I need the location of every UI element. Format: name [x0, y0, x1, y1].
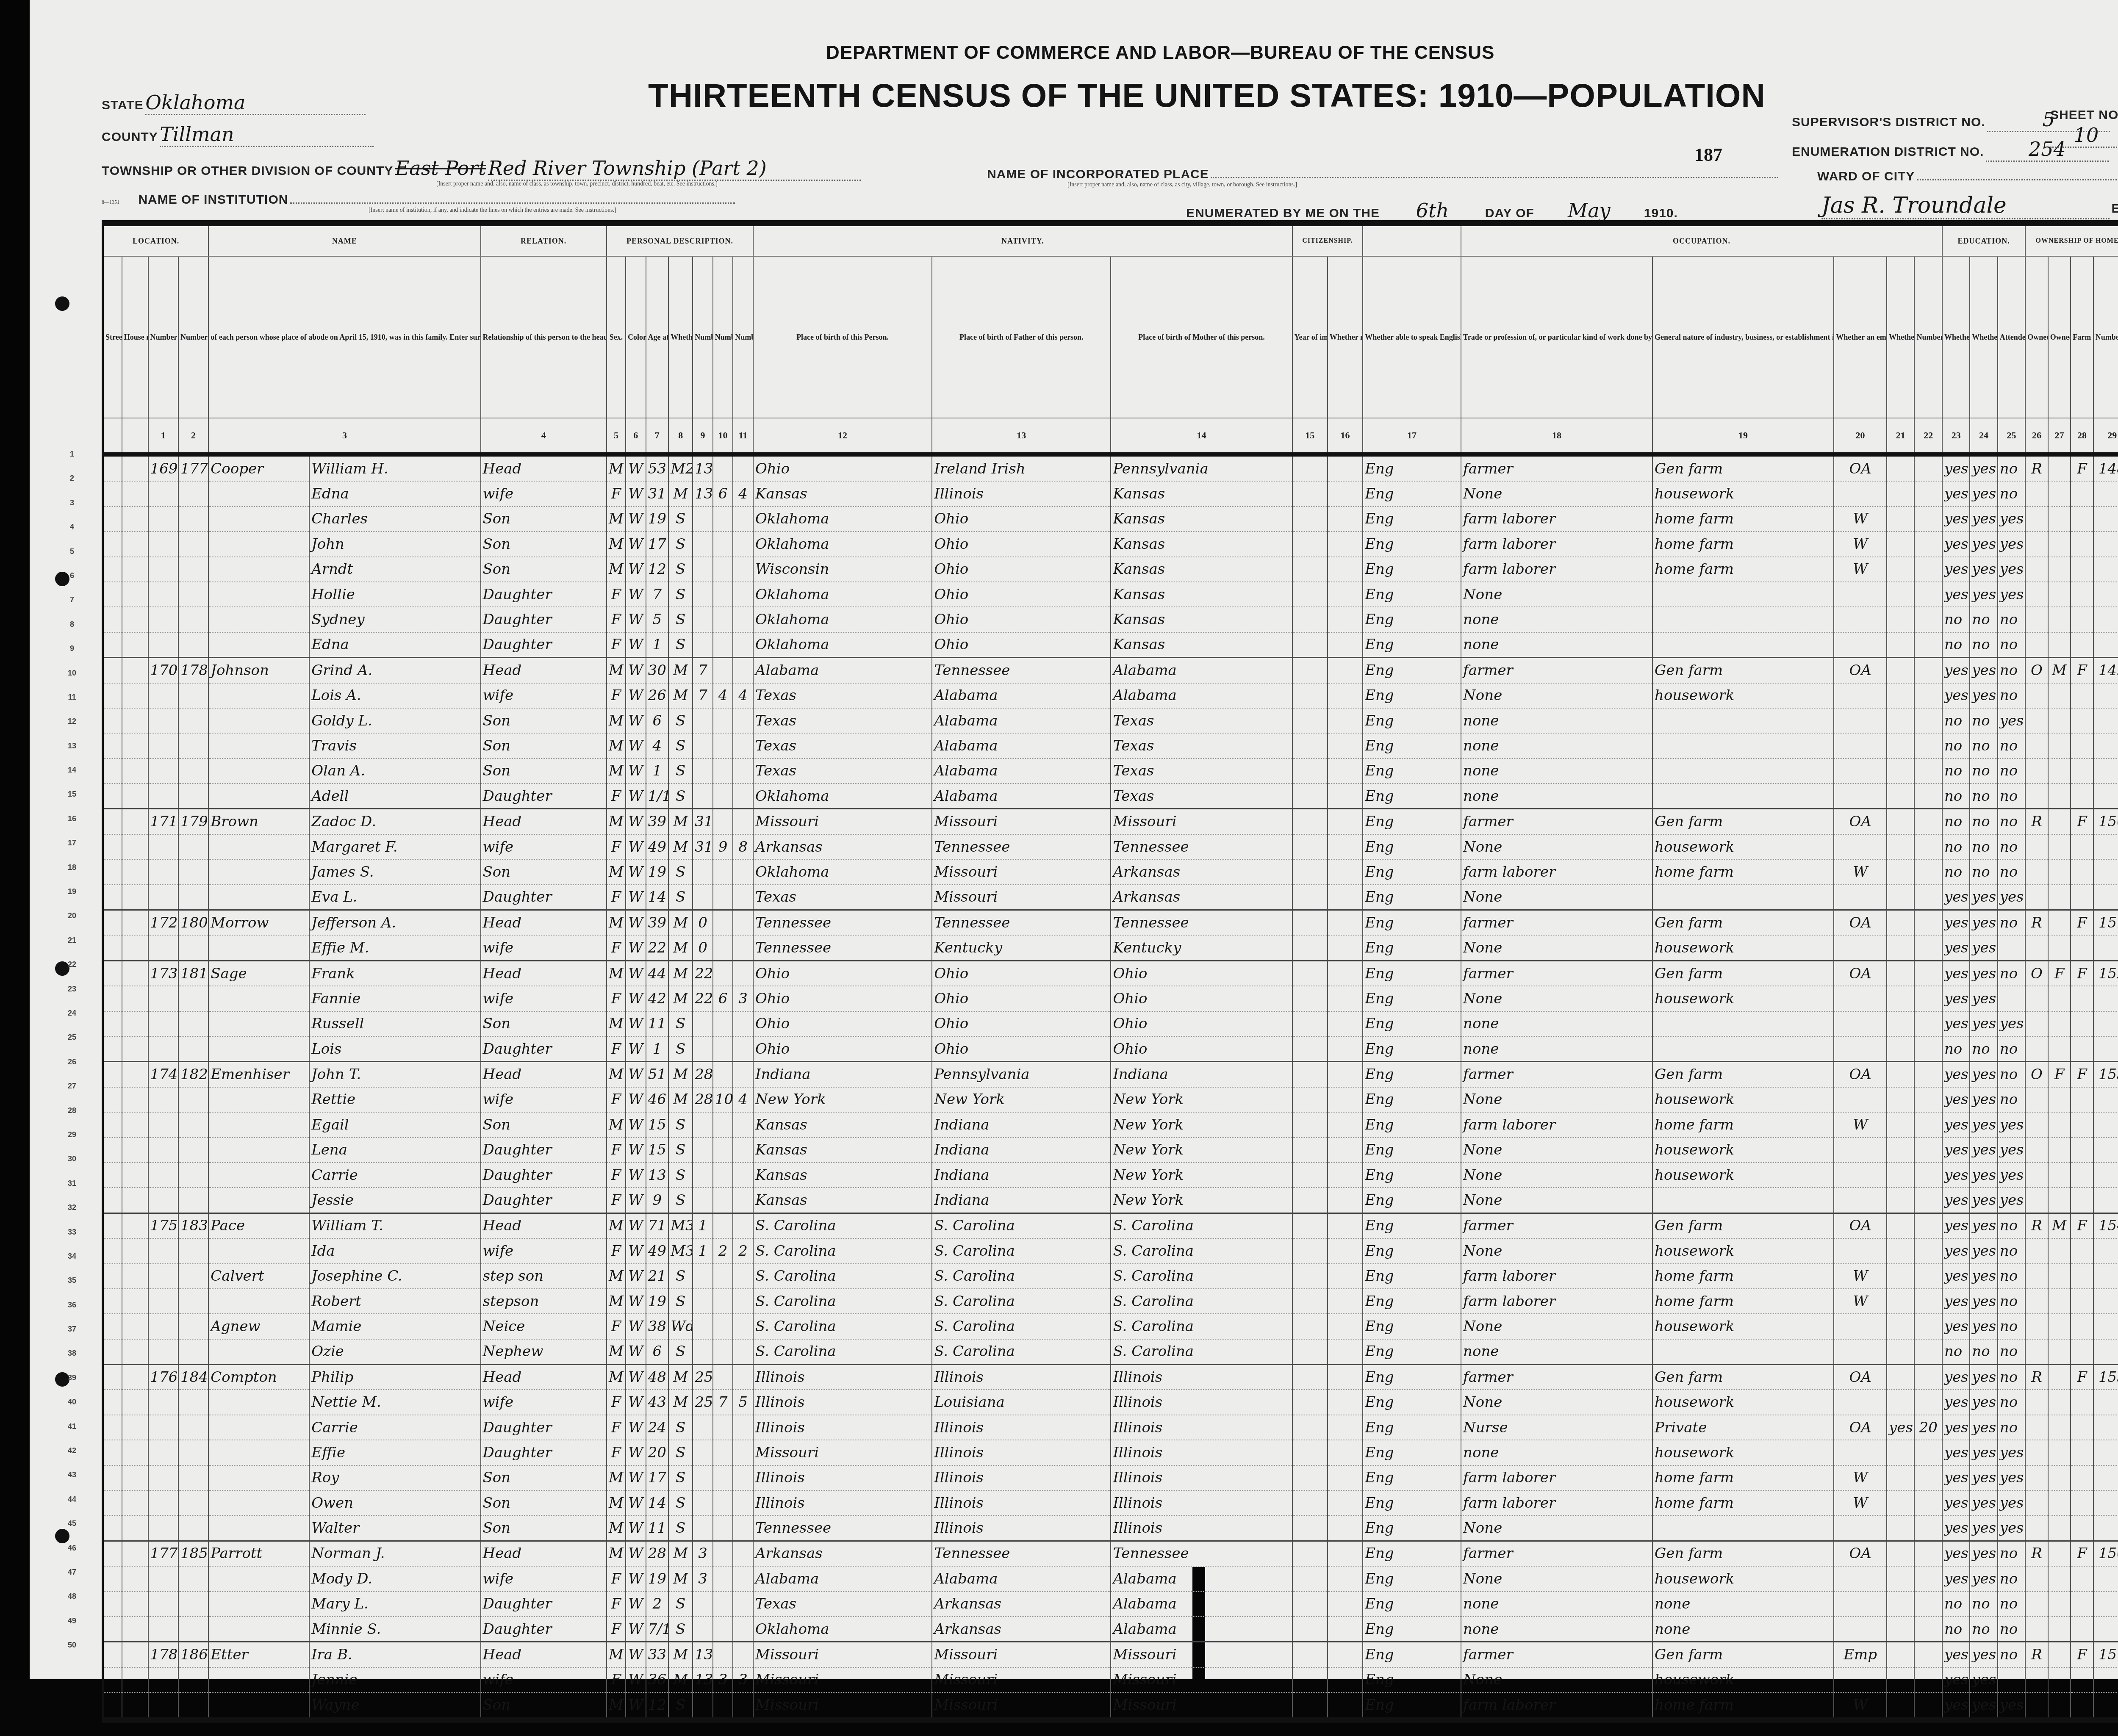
naturalization — [1328, 784, 1363, 809]
line-number: 36 — [64, 1301, 80, 1325]
family-number: 179 — [178, 809, 208, 834]
immigration-year — [1292, 733, 1328, 758]
relation: Son — [481, 759, 607, 784]
birthplace-mother: Illinois — [1111, 1515, 1292, 1541]
surname — [208, 507, 309, 532]
farm-schedule — [2093, 632, 2118, 658]
birthplace-mother: Kansas — [1111, 582, 1292, 607]
given-name: Charles — [309, 507, 480, 532]
state-label: STATE — [102, 98, 144, 112]
naturalization — [1328, 733, 1363, 758]
dwelling-number — [148, 1390, 178, 1415]
sex: M — [607, 1264, 626, 1289]
street-cell — [103, 454, 122, 481]
age: 4 — [646, 733, 669, 758]
attended-school: yes — [1998, 708, 2025, 733]
weeks-out — [1914, 1465, 1942, 1490]
owned-rented: R — [2025, 1541, 2048, 1566]
immigration-year — [1292, 1566, 1328, 1591]
surname — [208, 1490, 309, 1515]
birthplace-mother: S. Carolina — [1111, 1339, 1292, 1365]
attended-school: no — [1998, 1289, 2025, 1314]
surname — [208, 1566, 309, 1591]
sex: F — [607, 632, 626, 658]
birthplace-mother: S. Carolina — [1111, 1314, 1292, 1339]
line-number: 1 — [64, 450, 80, 474]
col-trade: Trade or profession of, or particular ki… — [1461, 256, 1652, 418]
dwelling-number — [148, 1415, 178, 1440]
line-number: 45 — [64, 1519, 80, 1543]
attended-school: no — [1998, 784, 2025, 809]
farm-schedule — [2093, 1566, 2118, 1591]
out-of-work — [1887, 1188, 1914, 1213]
language: Eng — [1363, 1314, 1461, 1339]
owned-rented — [2025, 1390, 2048, 1415]
owned-free — [2048, 1011, 2071, 1036]
naturalization — [1328, 1289, 1363, 1314]
table-row: WayneSonMW12SMissouriMissouriMissouriEng… — [103, 1692, 2118, 1720]
age: 14 — [646, 885, 669, 910]
age: 2 — [646, 1592, 669, 1617]
industry: housework — [1652, 986, 1834, 1011]
farm-house: F — [2071, 1365, 2093, 1390]
children-born: 2 — [713, 1238, 733, 1263]
out-of-work — [1887, 582, 1914, 607]
language: Eng — [1363, 759, 1461, 784]
sex: M — [607, 1339, 626, 1365]
sex: M — [607, 1642, 626, 1667]
children-born — [713, 1440, 733, 1465]
immigration-year — [1292, 1289, 1328, 1314]
years-married — [693, 632, 713, 658]
owned-rented — [2025, 1692, 2048, 1720]
enumerated-month: May — [1536, 199, 1642, 223]
immigration-year — [1292, 582, 1328, 607]
ward-label: WARD OF CITY — [1817, 169, 1915, 183]
out-of-work — [1887, 809, 1914, 834]
line-number: 11 — [64, 693, 80, 717]
age: 42 — [646, 986, 669, 1011]
sex: M — [607, 910, 626, 936]
children-born — [713, 1188, 733, 1213]
line-number: 2 — [64, 474, 80, 498]
surname: Sage — [208, 961, 309, 986]
children-living — [733, 1566, 753, 1591]
birthplace-mother: S. Carolina — [1111, 1289, 1292, 1314]
farm-schedule: 154 — [2093, 1213, 2118, 1238]
surname — [208, 986, 309, 1011]
immigration-year — [1292, 1465, 1328, 1490]
birthplace-person: Ohio — [753, 986, 932, 1011]
given-name: John — [309, 532, 480, 557]
birthplace-person: Texas — [753, 1592, 932, 1617]
family-number — [178, 1692, 208, 1720]
color-race: W — [626, 961, 646, 986]
trade: farmer — [1461, 1062, 1652, 1087]
table-row: Mody D.wifeFW19M3AlabamaAlabamaAlabamaEn… — [103, 1566, 2118, 1591]
relation: Son — [481, 1011, 607, 1036]
sex: M — [607, 532, 626, 557]
family-number — [178, 986, 208, 1011]
farm-house — [2071, 1390, 2093, 1415]
sex: M — [607, 1062, 626, 1087]
line-number: 7 — [64, 595, 80, 620]
surname — [208, 733, 309, 758]
children-born — [713, 1592, 733, 1617]
relation: wife — [481, 481, 607, 506]
industry: home farm — [1652, 1112, 1834, 1137]
age: 1 — [646, 632, 669, 658]
col-children-born: Number born. — [713, 256, 733, 418]
employer-status — [1834, 935, 1887, 961]
house-number-cell — [122, 885, 148, 910]
owned-free — [2048, 834, 2071, 859]
owned-rented — [2025, 557, 2048, 582]
given-name: Olan A. — [309, 759, 480, 784]
age: 71 — [646, 1213, 669, 1238]
birthplace-person: Kansas — [753, 481, 932, 506]
owned-rented: R — [2025, 1642, 2048, 1667]
surname: Pace — [208, 1213, 309, 1238]
attended-school: no — [1998, 632, 2025, 658]
sex: M — [607, 1490, 626, 1515]
sex: M — [607, 1515, 626, 1541]
immigration-year — [1292, 885, 1328, 910]
group-citizenship: CITIZENSHIP. — [1292, 223, 1363, 256]
farm-schedule — [2093, 1339, 2118, 1365]
can-write: no — [1970, 1036, 1997, 1062]
state-field: STATE Oklahoma — [102, 91, 366, 115]
form-title: THIRTEENTH CENSUS OF THE UNITED STATES: … — [648, 76, 1766, 115]
table-row: CharlesSonMW19SOklahomaOhioKansasEngfarm… — [103, 507, 2118, 532]
sex: F — [607, 1617, 626, 1642]
years-married: 28 — [693, 1062, 713, 1087]
sex: F — [607, 834, 626, 859]
can-write: yes — [1970, 1112, 1997, 1137]
farm-house — [2071, 1339, 2093, 1365]
farm-house — [2071, 507, 2093, 532]
street-cell — [103, 1465, 122, 1490]
language: Eng — [1363, 1490, 1461, 1515]
marital-status: S — [668, 607, 693, 632]
birthplace-person: Oklahoma — [753, 784, 932, 809]
employer-status: Emp — [1834, 1642, 1887, 1667]
attended-school: no — [1998, 1087, 2025, 1112]
language: Eng — [1363, 1238, 1461, 1263]
can-read: yes — [1942, 1087, 1970, 1112]
dwelling-number — [148, 1238, 178, 1263]
weeks-out — [1914, 1592, 1942, 1617]
can-read: yes — [1942, 1163, 1970, 1188]
family-number: 184 — [178, 1365, 208, 1390]
color-race: W — [626, 935, 646, 961]
can-write: yes — [1970, 1011, 1997, 1036]
weeks-out — [1914, 1667, 1942, 1692]
attended-school: no — [1998, 1036, 2025, 1062]
children-born — [713, 708, 733, 733]
given-name: Arndt — [309, 557, 480, 582]
immigration-year — [1292, 784, 1328, 809]
years-married — [693, 1440, 713, 1465]
col-years-married: Number of years of present marriage. — [695, 333, 713, 341]
weeks-out — [1914, 1440, 1942, 1465]
surname — [208, 1238, 309, 1263]
children-living: 3 — [733, 1667, 753, 1692]
trade: farmer — [1461, 454, 1652, 481]
table-row: Margaret F.wifeFW49M3198ArkansasTennesse… — [103, 834, 2118, 859]
attended-school: yes — [1998, 1465, 2025, 1490]
house-number-cell — [122, 1415, 148, 1440]
color-race: W — [626, 1011, 646, 1036]
street-cell — [103, 784, 122, 809]
weeks-out — [1914, 809, 1942, 834]
farm-schedule: 157 — [2093, 1642, 2118, 1667]
surname — [208, 1415, 309, 1440]
weeks-out — [1914, 1692, 1942, 1720]
years-married: 3 — [693, 1541, 713, 1566]
industry: Gen farm — [1652, 961, 1834, 986]
immigration-year — [1292, 1213, 1328, 1238]
farm-house — [2071, 1011, 2093, 1036]
attended-school: yes — [1998, 1490, 2025, 1515]
farm-schedule — [2093, 1592, 2118, 1617]
children-living — [733, 1163, 753, 1188]
color-race: W — [626, 1667, 646, 1692]
birthplace-mother: Tennessee — [1111, 1541, 1292, 1566]
marital-status: S — [668, 708, 693, 733]
employer-status — [1834, 1188, 1887, 1213]
house-number-cell — [122, 532, 148, 557]
relation: Son — [481, 1515, 607, 1541]
can-read: yes — [1942, 557, 1970, 582]
language: Eng — [1363, 1667, 1461, 1692]
attended-school: yes — [1998, 1112, 2025, 1137]
out-of-work — [1887, 733, 1914, 758]
street-cell — [103, 809, 122, 834]
language: Eng — [1363, 1692, 1461, 1720]
owned-free — [2048, 1112, 2071, 1137]
house-number-cell — [122, 1163, 148, 1188]
given-name: Effie — [309, 1440, 480, 1465]
naturalization — [1328, 557, 1363, 582]
owned-free — [2048, 1238, 2071, 1263]
trade: None — [1461, 1667, 1652, 1692]
employer-status — [1834, 784, 1887, 809]
children-born — [713, 1566, 733, 1591]
birthplace-mother: Alabama — [1111, 658, 1292, 683]
children-born — [713, 1365, 733, 1390]
attended-school: no — [1998, 1642, 2025, 1667]
employer-status: OA — [1834, 1365, 1887, 1390]
farm-schedule: 155 — [2093, 1365, 2118, 1390]
dwelling-number: 174 — [148, 1062, 178, 1087]
farm-house: F — [2071, 809, 2093, 834]
family-number — [178, 1667, 208, 1692]
birthplace-father: Alabama — [932, 759, 1111, 784]
can-read: yes — [1942, 1667, 1970, 1692]
given-name: Carrie — [309, 1415, 480, 1440]
sex: F — [607, 1238, 626, 1263]
industry: housework — [1652, 481, 1834, 506]
given-name: William T. — [309, 1213, 480, 1238]
sex: M — [607, 658, 626, 683]
birthplace-father: Alabama — [932, 1566, 1111, 1591]
can-read: yes — [1942, 885, 1970, 910]
can-write: yes — [1970, 1667, 1997, 1692]
column-number: 25 — [1998, 418, 2025, 454]
trade: none — [1461, 759, 1652, 784]
farm-schedule: 151 — [2093, 910, 2118, 936]
given-name: Jennie — [309, 1667, 480, 1692]
attended-school: no — [1998, 961, 2025, 986]
farm-schedule — [2093, 1490, 2118, 1515]
relation: Son — [481, 507, 607, 532]
naturalization — [1328, 683, 1363, 708]
street-cell — [103, 1238, 122, 1263]
children-born: 3 — [713, 1667, 733, 1692]
house-number-cell — [122, 1036, 148, 1062]
relation: Son — [481, 557, 607, 582]
state-value: Oklahoma — [145, 91, 366, 115]
street-cell — [103, 708, 122, 733]
relation: Daughter — [481, 784, 607, 809]
age: 36 — [646, 1667, 669, 1692]
weeks-out — [1914, 454, 1942, 481]
attended-school: yes — [1998, 1138, 2025, 1163]
line-number: 9 — [64, 644, 80, 668]
dwelling-number — [148, 1163, 178, 1188]
employer-status: W — [1834, 557, 1887, 582]
col-owned-rented: Owned or rented. — [2027, 333, 2048, 341]
house-number-cell — [122, 607, 148, 632]
sex: M — [607, 1213, 626, 1238]
employer-status: OA — [1834, 961, 1887, 986]
naturalization — [1328, 1087, 1363, 1112]
owned-rented — [2025, 1011, 2048, 1036]
sheet-number-label: SHEET NO. — [2050, 108, 2118, 122]
children-living — [733, 454, 753, 481]
given-name: Owen — [309, 1490, 480, 1515]
house-number-cell — [122, 1213, 148, 1238]
attended-school: no — [1998, 809, 2025, 834]
children-living: 2 — [733, 1238, 753, 1263]
table-row: OwenSonMW14SIllinoisIllinoisIllinoisEngf… — [103, 1490, 2118, 1515]
age: 12 — [646, 557, 669, 582]
col-color: Color or race. — [628, 333, 646, 341]
farm-house — [2071, 481, 2093, 506]
relation: Son — [481, 708, 607, 733]
street-cell — [103, 961, 122, 986]
relation: Daughter — [481, 1592, 607, 1617]
industry: Gen farm — [1652, 658, 1834, 683]
can-read: yes — [1942, 1112, 1970, 1137]
owned-free — [2048, 1264, 2071, 1289]
age: 39 — [646, 809, 669, 834]
immigration-year — [1292, 632, 1328, 658]
age: 1/12 — [646, 784, 669, 809]
attended-school: no — [1998, 910, 2025, 936]
out-of-work — [1887, 935, 1914, 961]
birthplace-person: Illinois — [753, 1465, 932, 1490]
birthplace-mother: Alabama — [1111, 1592, 1292, 1617]
birthplace-mother: Missouri — [1111, 1692, 1292, 1720]
immigration-year — [1292, 1515, 1328, 1541]
age: 20 — [646, 1440, 669, 1465]
farm-schedule — [2093, 1692, 2118, 1720]
birthplace-mother: Alabama — [1111, 683, 1292, 708]
sex: M — [607, 507, 626, 532]
farm-house — [2071, 885, 2093, 910]
can-write: yes — [1970, 507, 1997, 532]
weeks-out — [1914, 1365, 1942, 1390]
weeks-out: 20 — [1914, 1415, 1942, 1440]
language: Eng — [1363, 859, 1461, 884]
color-race: W — [626, 632, 646, 658]
weeks-out — [1914, 910, 1942, 936]
years-married — [693, 1617, 713, 1642]
language: Eng — [1363, 1617, 1461, 1642]
naturalization — [1328, 1062, 1363, 1087]
relation: wife — [481, 683, 607, 708]
children-living — [733, 733, 753, 758]
owned-free — [2048, 1465, 2071, 1490]
birthplace-father: Tennessee — [932, 910, 1111, 936]
column-number: 10 — [713, 418, 733, 454]
employer-status — [1834, 1390, 1887, 1415]
language: Eng — [1363, 1213, 1461, 1238]
table-row: CalvertJosephine C.step sonMW21SS. Carol… — [103, 1264, 2118, 1289]
attended-school: no — [1998, 683, 2025, 708]
dwelling-number — [148, 1314, 178, 1339]
farm-schedule — [2093, 986, 2118, 1011]
children-living — [733, 935, 753, 961]
relation: wife — [481, 1667, 607, 1692]
relation: wife — [481, 1390, 607, 1415]
owned-rented — [2025, 1515, 2048, 1541]
col-sex: Sex. — [610, 333, 623, 341]
out-of-work — [1887, 1289, 1914, 1314]
enumeration-date-field: ENUMERATED BY ME ON THE 6th DAY OF May 1… — [1186, 199, 1678, 223]
industry — [1652, 1515, 1834, 1541]
farm-house — [2071, 759, 2093, 784]
owned-free — [2048, 759, 2071, 784]
weeks-out — [1914, 532, 1942, 557]
birthplace-person: Oklahoma — [753, 1617, 932, 1642]
out-of-work — [1887, 1566, 1914, 1591]
house-number-cell — [122, 1238, 148, 1263]
trade: farm laborer — [1461, 859, 1652, 884]
family-number — [178, 557, 208, 582]
marital-status: S — [668, 632, 693, 658]
language: Eng — [1363, 1289, 1461, 1314]
column-number: 1 — [148, 418, 178, 454]
industry — [1652, 632, 1834, 658]
house-number-cell — [122, 1440, 148, 1465]
owned-free — [2048, 1036, 2071, 1062]
birthplace-person: New York — [753, 1087, 932, 1112]
relation: wife — [481, 1566, 607, 1591]
language: Eng — [1363, 1566, 1461, 1591]
years-married — [693, 784, 713, 809]
owned-free — [2048, 1339, 2071, 1365]
weeks-out — [1914, 1138, 1942, 1163]
marital-status: M — [668, 658, 693, 683]
county-field: COUNTY Tillman — [102, 123, 374, 147]
line-number: 20 — [64, 911, 80, 936]
street-cell — [103, 935, 122, 961]
can-write: yes — [1970, 1515, 1997, 1541]
immigration-year — [1292, 1390, 1328, 1415]
